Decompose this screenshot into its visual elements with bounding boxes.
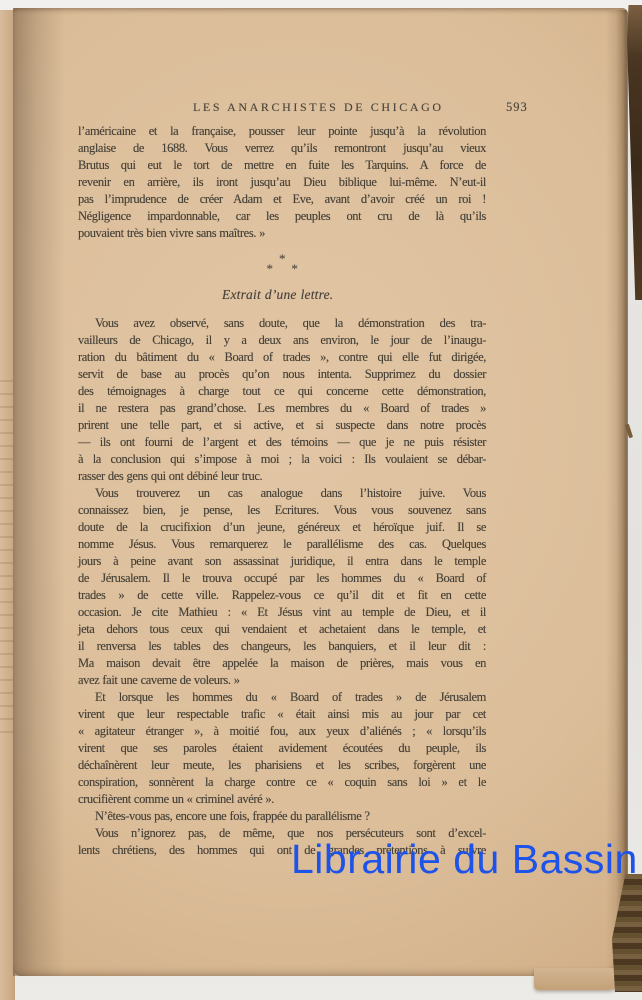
asterism-divider: * * *: [78, 254, 486, 273]
paragraph: Et lorsque les hommes du « Board of trad…: [78, 689, 486, 808]
book-photo: LES ANARCHISTES DE CHICAGO 593 l’américa…: [0, 0, 642, 1000]
asterisk-bottom-row: * *: [78, 264, 486, 273]
running-title: LES ANARCHISTES DE CHICAGO: [193, 100, 444, 115]
printed-content: LES ANARCHISTES DE CHICAGO 593 l’américa…: [0, 0, 642, 1000]
paragraph: Vous avez observé, sans doute, que la dé…: [78, 315, 486, 485]
body-text: l’américaine et la française, pousser le…: [78, 123, 486, 859]
paragraph: N’êtes-vous pas, encore une fois, frappé…: [78, 808, 486, 825]
page-number-label: 593: [506, 100, 528, 115]
bookseller-watermark: Librairie du Bassin: [291, 836, 638, 883]
paragraph: Vous trouverez un cas analogue dans l’hi…: [78, 485, 486, 689]
section-heading: Extrait d’une lettre.: [222, 286, 486, 303]
paragraph: l’américaine et la française, pousser le…: [78, 123, 486, 242]
